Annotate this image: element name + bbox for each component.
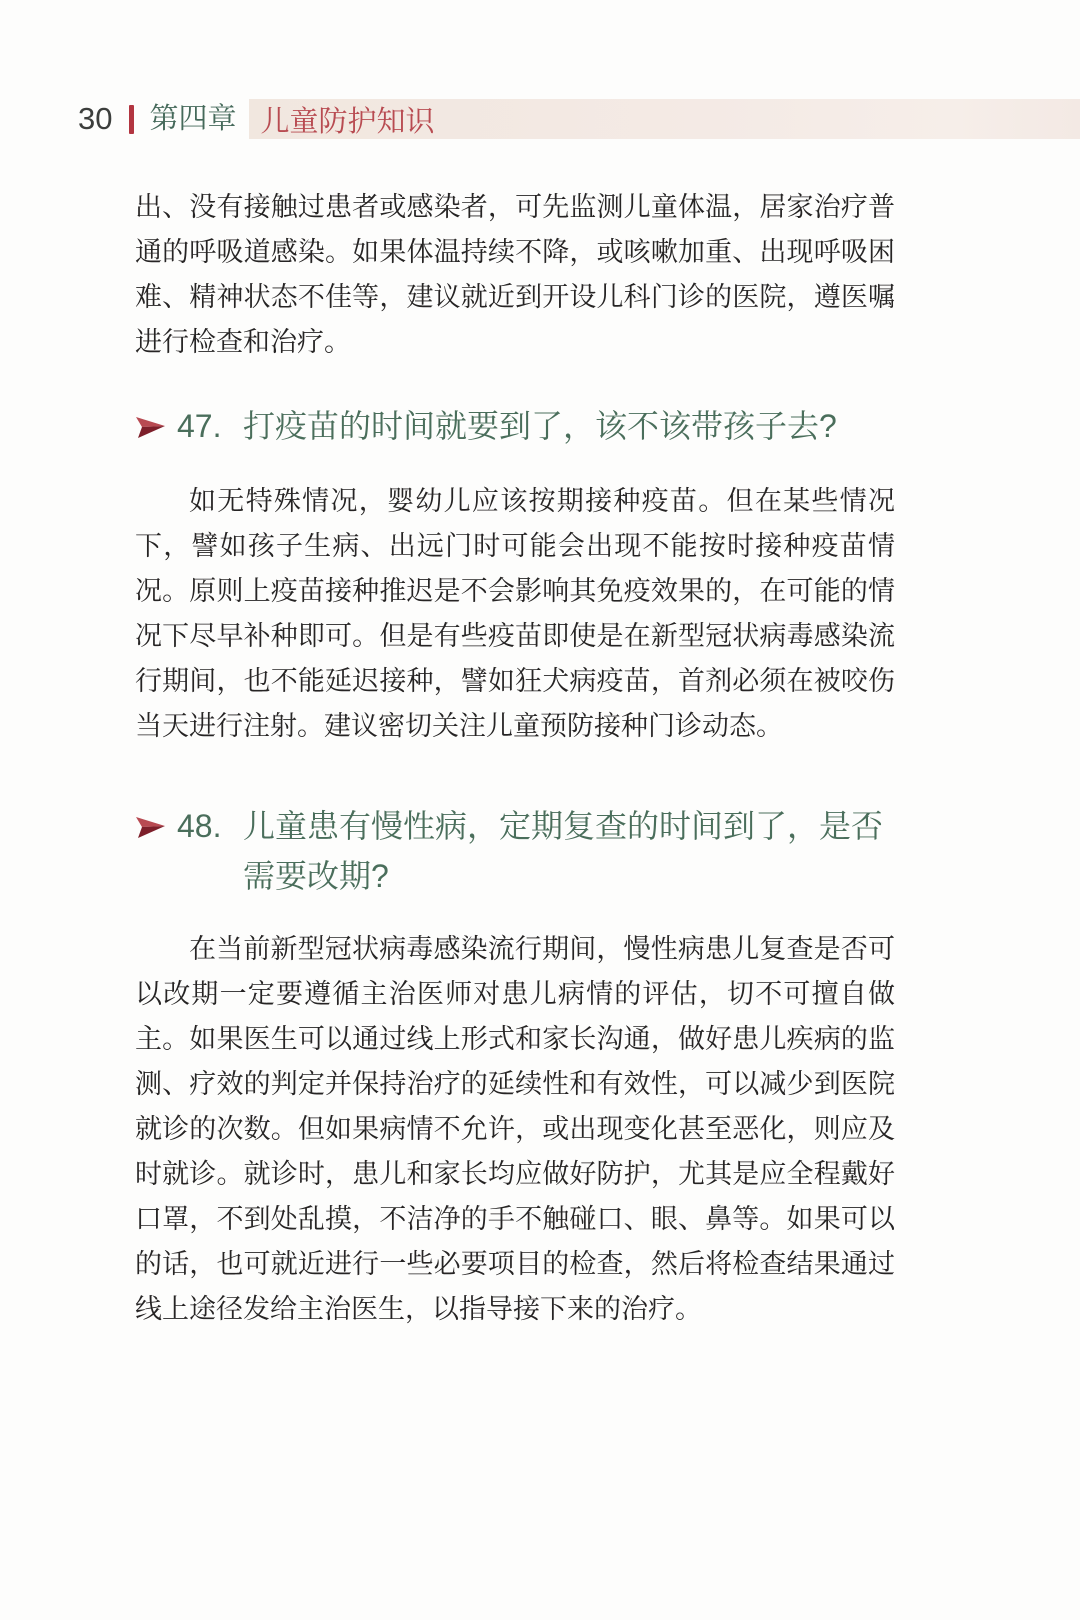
page-number: 30 [78,99,112,139]
question-number: 47. [177,401,243,451]
header-divider [129,105,134,134]
question-title: 打疫苗的时间就要到了，该不该带孩子去? [243,401,895,451]
question-47-answer: 如无特殊情况，婴幼儿应该按期接种疫苗。但在某些情况下，譬如孩子生病、出远门时可能… [135,479,895,749]
question-number: 48. [177,801,243,851]
question-48-section: 48. 儿童患有慢性病，定期复查的时间到了，是否需要改期? 在当前新型冠状病毒感… [135,801,895,1332]
book-page: 30 第四章 儿童防护知识 出、没有接触过患者或感染者，可先监测儿童体温，居家治… [0,0,1080,1620]
question-47-section: 47. 打疫苗的时间就要到了，该不该带孩子去? 如无特殊情况，婴幼儿应该按期接种… [135,401,895,749]
chapter-label: 第四章 [149,99,236,139]
arrowhead-bullet-icon [135,801,177,840]
question-48-heading: 48. 儿童患有慢性病，定期复查的时间到了，是否需要改期? [135,801,895,901]
chapter-title-band: 儿童防护知识 [249,99,1080,139]
question-48-answer: 在当前新型冠状病毒感染流行期间，慢性病患儿复查是否可以改期一定要遵循主治医师对患… [135,927,895,1332]
chapter-title: 儿童防护知识 [261,99,435,140]
page-content: 出、没有接触过患者或感染者，可先监测儿童体温，居家治疗普通的呼吸道感染。如果体温… [0,139,1080,1332]
page-header: 30 第四章 儿童防护知识 [0,99,1080,139]
question-title: 儿童患有慢性病，定期复查的时间到了，是否需要改期? [243,801,895,901]
intro-paragraph: 出、没有接触过患者或感染者，可先监测儿童体温，居家治疗普通的呼吸道感染。如果体温… [135,185,895,365]
question-47-heading: 47. 打疫苗的时间就要到了，该不该带孩子去? [135,401,895,451]
arrowhead-bullet-icon [135,401,177,440]
